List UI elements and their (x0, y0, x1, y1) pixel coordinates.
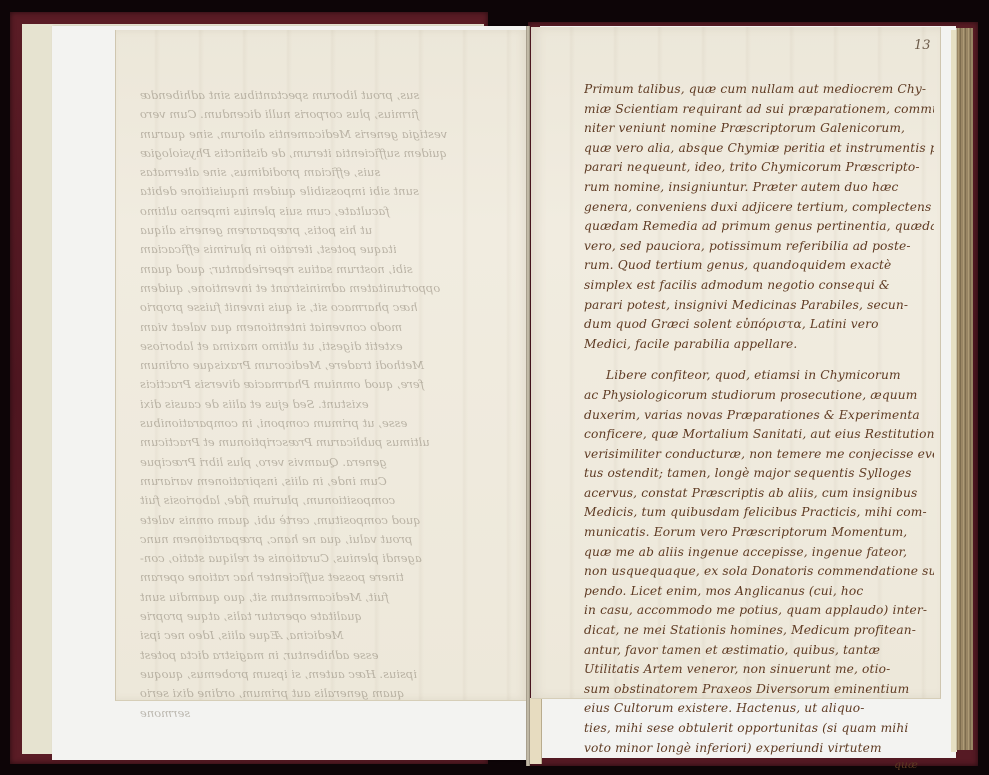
manuscript-line: genera. Quamvis vero, plus libri Præcipu… (140, 453, 510, 472)
manuscript-line: niter veniunt nomine Præscriptorum Galen… (584, 119, 934, 139)
manuscript-line: compositionum, plurium fide, laboriosis … (140, 491, 510, 510)
manuscript-line: quæ vero alia, absque Chymiæ peritia et … (584, 139, 934, 159)
page-fore-edges (956, 28, 973, 750)
manuscript-line: quæ me ab aliis ingenue accepisse, ingen… (584, 543, 934, 563)
manuscript-line: extetit digesti, ut ultimo maxima et lab… (140, 337, 510, 356)
manuscript-line: municatis. Eorum vero Præscriptorum Mome… (584, 523, 934, 543)
manuscript-line: vero, sed pauciora, potissimum referibil… (584, 237, 934, 257)
manuscript-line: itaque potest, iteratio in plurimis effi… (140, 240, 510, 259)
manuscript-line: fuit, Medicamentum sit, quo quamdiu sunt (140, 588, 510, 607)
manuscript-line: existunt. Sed ejus et aliis de causis di… (140, 395, 510, 414)
manuscript-line: ut his potis, præpararem generis aliqua (140, 221, 510, 240)
manuscript-line: tinere posset sufficienter hac ratione o… (140, 568, 510, 587)
manuscript-line: quidem sufficientia iterum, de distincti… (140, 144, 510, 163)
manuscript-line: suis, efficiam prodidimus, sine alternat… (140, 163, 510, 182)
manuscript-line: Medicis, tum quibusdam felicibus Practic… (584, 503, 934, 523)
manuscript-line: dum quod Græci solent εὐπόριστα, Latini … (584, 315, 934, 335)
manuscript-line: pendo. Licet enim, mos Anglicanus (cui, … (584, 582, 934, 602)
manuscript-line: eius Cultorum existere. Hactenus, ut ali… (584, 699, 934, 719)
manuscript-line: prout valui, qua ne hanc, præparationem … (140, 530, 510, 549)
paragraph-gap (584, 354, 934, 366)
manuscript-line: Methodi tradere, Medicorum Praxisque ord… (140, 356, 510, 375)
manuscript-line: firmius, plus corporis nulli dicendum. C… (140, 105, 510, 124)
manuscript-line: sibi, nostrum satius reperiebantur; quod… (140, 260, 510, 279)
manuscript-line: Medici, facile parabilia appellare. (584, 335, 934, 355)
catchword: quæ (584, 758, 934, 772)
manuscript-line: hæc pharmaco sit, si quis invenit fuisse… (140, 298, 510, 317)
manuscript-line: rum nomine, insigniuntur. Præter autem d… (584, 178, 934, 198)
right-page-text: Primum talibus, quæ cum nullam aut medio… (584, 80, 934, 772)
manuscript-line: parari nequeunt, ideo, trito Chymicorum … (584, 158, 934, 178)
manuscript-line: esse adhibentur, in magistra dicta potes… (140, 646, 510, 665)
manuscript-line: parari potest, insignivi Medicinas Parab… (584, 296, 934, 316)
manuscript-line: miæ Scientiam requirant ad sui præparati… (584, 100, 934, 120)
manuscript-line: acervus, constat Præscriptis ab aliis, c… (584, 484, 934, 504)
manuscript-line: in casu, accommodo me potius, quam appla… (584, 601, 934, 621)
manuscript-line: voto minor longè inferiori) experiundi v… (584, 739, 934, 759)
manuscript-line: sus, prout liborum spectantibus sint adh… (140, 86, 510, 105)
manuscript-line: opportunitatem administrant et invention… (140, 279, 510, 298)
manuscript-line: Cum inde, in aliis, inspirationem variar… (140, 472, 510, 491)
manuscript-line: antur, favor tamen et æstimatio, quibus,… (584, 641, 934, 661)
manuscript-line: Primum talibus, quæ cum nullam aut medio… (584, 80, 934, 100)
manuscript-line: duxerim, varias novas Præparationes & Ex… (584, 406, 934, 426)
folio-number: 13 (914, 38, 931, 53)
manuscript-line: dicat, ne mei Stationis homines, Medicum… (584, 621, 934, 641)
manuscript-line: quod compositum, certè ubi, quam omnis v… (140, 511, 510, 530)
manuscript-line: sum obstinatorem Praxeos Diversorum emin… (584, 680, 934, 700)
paragraph-1: Primum talibus, quæ cum nullam aut medio… (584, 80, 934, 354)
manuscript-line: conficere, quæ Mortalium Sanitati, aut e… (584, 425, 934, 445)
manuscript-line: ties, mihi sese obtulerit opportunitas (… (584, 719, 934, 739)
manuscript-line: sermone (140, 704, 510, 723)
manuscript-line: simplex est facilis admodum negotio cons… (584, 276, 934, 296)
manuscript-line: ac Physiologicorum studiorum prosecution… (584, 386, 934, 406)
manuscript-line: verisimiliter conducturæ, non temere me … (584, 445, 934, 465)
manuscript-line: agendi plenius, Curationis et reliqua st… (140, 549, 510, 568)
manuscript-line: modo conveniat intentionem qua valeat vi… (140, 318, 510, 337)
manuscript-line: sunt sibi impossibile quidem inquisition… (140, 182, 510, 201)
manuscript-line: qualitate operatur talis, atque proprie (140, 607, 510, 626)
manuscript-line: non usquequaque, ex sola Donatoris comme… (584, 562, 934, 582)
manuscript-line: vestigia generis Medicamentis aliorum, s… (140, 125, 510, 144)
manuscript-line: Medicina, Æque aliis, Ideo nec ipsi (140, 626, 510, 645)
manuscript-line: genera, conveniens duxi adjicere tertium… (584, 198, 934, 218)
manuscript-line: ultimus publicarum Præscriptionum et Pra… (140, 433, 510, 452)
manuscript-line: Utilitatis Artem veneror, non sinuerunt … (584, 660, 934, 680)
manuscript-line: quam generalis aut primum, ordine dixi s… (140, 684, 510, 703)
manuscript-line: fere, quod omnium Pharmaciæ diversis Pra… (140, 375, 510, 394)
book-gutter (526, 26, 530, 766)
manuscript-line: ipsius. Hæc autem, si ipsum probemus, qu… (140, 665, 510, 684)
manuscript-line: rum. Quod tertium genus, quandoquidem ex… (584, 256, 934, 276)
manuscript-line: Libere confiteor, quod, etiamsi in Chymi… (584, 366, 934, 386)
manuscript-line: esse, ut primum componi, in comparationi… (140, 414, 510, 433)
manuscript-line: quædam Remedia ad primum genus pertinent… (584, 217, 934, 237)
left-page-show-through: sus, prout liborum spectantibus sint adh… (140, 86, 510, 723)
manuscript-line: facultate, cum suis plenius impenso ulti… (140, 202, 510, 221)
manuscript-line: tus ostendit; tamen, longè major sequent… (584, 464, 934, 484)
paragraph-2: Libere confiteor, quod, etiamsi in Chymi… (584, 366, 934, 758)
